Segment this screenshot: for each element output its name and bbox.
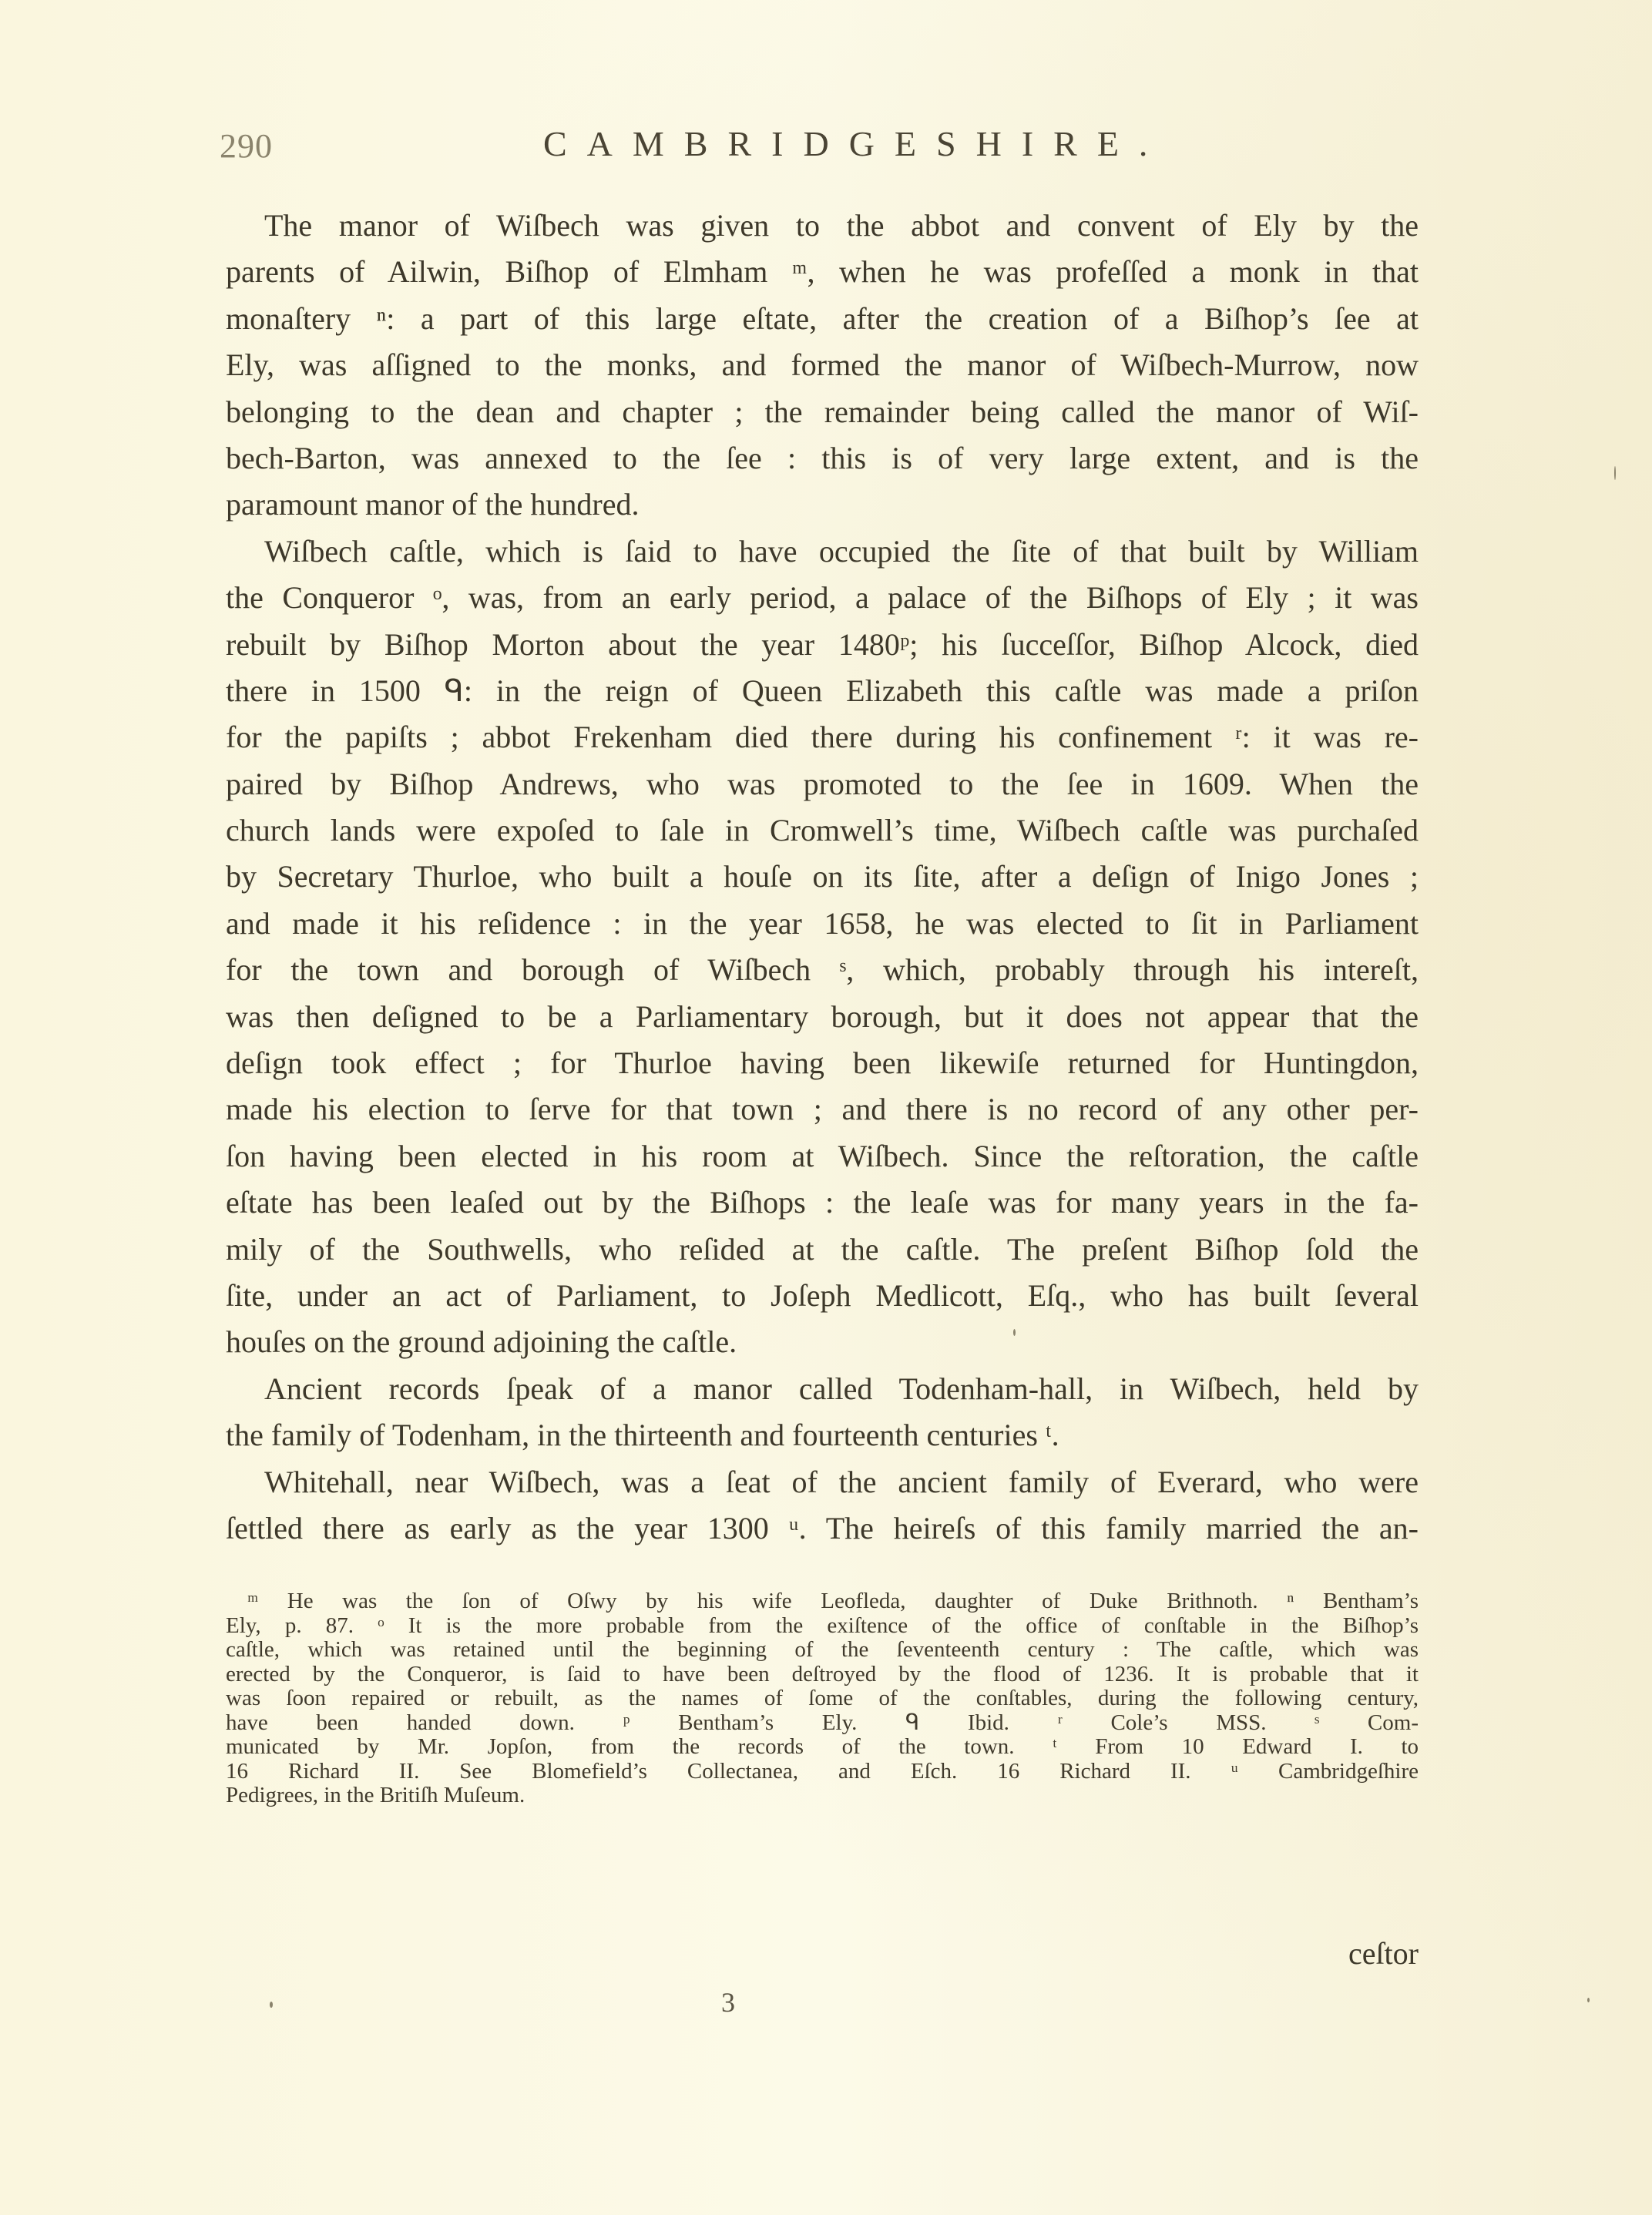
running-head: 290 CAMBRIDGESHIRE. [220, 123, 1452, 177]
body-line: houſes on the ground adjoining the caſtl… [226, 1319, 1419, 1365]
catchword: ceſtor [1348, 1935, 1419, 1972]
body-line: Whitehall, near Wiſbech, was a ſeat of t… [226, 1459, 1419, 1505]
body-line: made his election to ſerve for that town… [226, 1086, 1419, 1133]
body-line: the family of Todenham, in the thirteent… [226, 1412, 1419, 1458]
body-line: for the papiſts ; abbot Frekenham died t… [226, 714, 1419, 760]
body-line: ſite, under an act of Parliament, to Joſ… [226, 1273, 1419, 1319]
book-page: 290 CAMBRIDGESHIRE. The manor of Wiſbech… [0, 0, 1652, 2215]
scan-speck [1614, 466, 1616, 480]
body-text: The manor of Wiſbech was given to the ab… [226, 203, 1419, 1552]
footnote-line: ᵐ He was the ſon of Oſwy by his wife Leo… [226, 1589, 1419, 1614]
body-line: rebuilt by Biſhop Morton about the year … [226, 622, 1419, 668]
body-line: paired by Biſhop Andrews, who was promot… [226, 761, 1419, 807]
body-line: ſon having been elected in his room at W… [226, 1133, 1419, 1180]
body-line: by Secretary Thurloe, who built a houſe … [226, 854, 1419, 900]
body-line: Ely, was aſſigned to the monks, and form… [226, 342, 1419, 388]
footnote-line: caſtle, which was retained until the beg… [226, 1638, 1419, 1663]
body-line: deſign took effect ; for Thurloe having … [226, 1040, 1419, 1086]
footnote-line: was ſoon repaired or rebuilt, as the nam… [226, 1686, 1419, 1711]
body-line: paramount manor of the hundred. [226, 482, 1419, 528]
signature-mark: 3 [721, 1986, 735, 2019]
footnote-line: have been handed down. ᵖ Bentham’s Ely. … [226, 1711, 1419, 1736]
body-line: Ancient records ſpeak of a manor called … [226, 1366, 1419, 1412]
body-line: bech-Barton, was annexed to the ſee : th… [226, 435, 1419, 482]
body-line: for the town and borough of Wiſbech ˢ, w… [226, 947, 1419, 993]
body-line: mily of the Southwells, who reſided at t… [226, 1227, 1419, 1273]
body-line: monaſtery ⁿ: a part of this large eſtate… [226, 296, 1419, 342]
body-line: the Conqueror ᵒ, was, from an early peri… [226, 575, 1419, 621]
footnote-line: Ely, p. 87. ᵒ It is the more probable fr… [226, 1614, 1419, 1639]
body-line: belonging to the dean and chapter ; the … [226, 389, 1419, 435]
body-line: parents of Ailwin, Biſhop of Elmham ᵐ, w… [226, 249, 1419, 295]
page-number: 290 [220, 126, 273, 166]
body-line: was then deſigned to be a Parliamentary … [226, 994, 1419, 1040]
body-line: there in 1500 ᑫ: in the reign of Queen E… [226, 668, 1419, 714]
scan-speck [1587, 1998, 1590, 2002]
scan-speck [1013, 1329, 1016, 1336]
body-line: Wiſbech caſtle, which is ſaid to have oc… [226, 529, 1419, 575]
footnote-line: 16 Richard II. See Blomefield’s Collecta… [226, 1760, 1419, 1784]
body-line: church lands were expoſed to ſale in Cro… [226, 807, 1419, 854]
footnotes: ᵐ He was the ſon of Oſwy by his wife Leo… [226, 1589, 1419, 1808]
body-line: The manor of Wiſbech was given to the ab… [226, 203, 1419, 249]
footnote-line: municated by Mr. Jopſon, from the record… [226, 1735, 1419, 1760]
footnote-line: Pedigrees, in the Britiſh Muſeum. [226, 1784, 1419, 1808]
scan-speck [270, 2002, 273, 2008]
body-line: ſettled there as early as the year 1300 … [226, 1505, 1419, 1552]
running-title: CAMBRIDGESHIRE. [543, 123, 1167, 164]
body-line: eſtate has been leaſed out by the Biſhop… [226, 1180, 1419, 1226]
body-line: and made it his reſidence : in the year … [226, 901, 1419, 947]
footnote-line: erected by the Conqueror, is ſaid to hav… [226, 1663, 1419, 1687]
